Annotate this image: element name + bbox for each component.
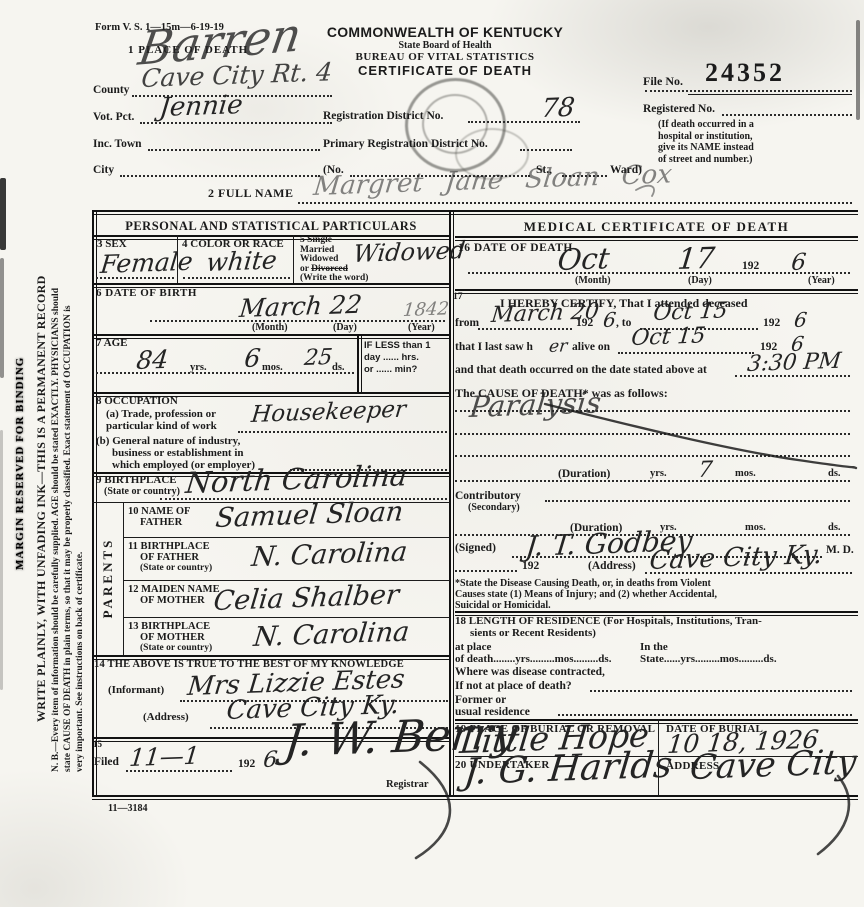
- date-of-birth-year-handwriting: 1842: [402, 298, 450, 321]
- former-label: Former or: [455, 694, 506, 706]
- duration-label: (Duration): [558, 468, 610, 480]
- signed-date-line: [455, 570, 517, 572]
- dob-month-label: (Month): [252, 322, 288, 333]
- marital-option-single: Single: [307, 235, 332, 245]
- full-name-line: [298, 202, 852, 204]
- father-name-label-2: FATHER: [140, 517, 182, 528]
- rule-under-dod: [455, 289, 858, 294]
- in-the-label: In the: [640, 641, 668, 653]
- birthplace-value-handwriting: North Carolina: [184, 458, 409, 500]
- county-value-handwriting: Cave City Rt. 4: [140, 57, 334, 93]
- margin-write-plainly-note: WRITE PLAINLY, WITH UNFADING INK—THIS IS…: [34, 197, 49, 722]
- last-saw-label: that I last saw h: [455, 341, 533, 353]
- filed-year-handwriting: 6: [262, 747, 279, 773]
- hospital-note: (If death occurred in a hospital or inst…: [658, 119, 754, 165]
- certify-to-value-handwriting: Oct 15: [652, 298, 729, 326]
- father-birthplace-label-1: 11 BIRTHPLACE: [128, 541, 210, 552]
- age-label: 7 AGE: [96, 337, 127, 349]
- certify-from-label: from: [455, 317, 479, 329]
- state-duration-line: State......yrs.........mos.........ds.: [640, 653, 777, 665]
- margin-nb-line1: N. B.—Every item of information should b…: [50, 52, 62, 772]
- physician-address-line: [645, 572, 852, 574]
- last-saw-alive-label: alive on: [572, 341, 610, 353]
- marital-option-divorced: Divorced: [311, 264, 348, 274]
- if-less-line1: IF LESS than 1: [364, 340, 431, 352]
- age-days-handwriting: 25: [303, 345, 334, 371]
- cause-footnote: *State the Disease Causing Death, or, in…: [455, 578, 717, 611]
- if-less-line3: or ...... min?: [364, 364, 431, 376]
- parents-divider: [123, 502, 124, 655]
- date-of-birth-label: 6 DATE OF BIRTH: [96, 287, 197, 299]
- primary-registration-line: [520, 149, 572, 151]
- filed-label: Filed: [94, 756, 119, 768]
- contributory-label: Contributory: [455, 490, 521, 502]
- physician-address-label: (Address): [588, 560, 636, 572]
- at-place-label: at place: [455, 641, 491, 653]
- registration-district-value-handwriting: 78: [540, 93, 576, 124]
- signed-year-prefix: 192: [522, 560, 539, 572]
- certify-to-year-handwriting: 6: [793, 307, 808, 332]
- contributory-line: [545, 500, 850, 502]
- certify-to-year-prefix: 192: [763, 317, 780, 329]
- cause-of-death-value-handwriting: Paralysis: [468, 385, 603, 424]
- duration-mos-label: mos.: [735, 468, 756, 479]
- where-contracted-label: Where was disease contracted,: [455, 666, 605, 678]
- undertaker-address-handwriting: Cave City: [688, 742, 858, 788]
- hospital-note-line3: give its NAME instead: [658, 142, 754, 154]
- filed-line: [126, 770, 232, 772]
- margin-binding-note: MARGIN RESERVED FOR BINDING: [14, 325, 26, 570]
- parents-label: PARENTS: [100, 508, 116, 648]
- age-years-handwriting: 84: [135, 345, 170, 375]
- time-of-death-handwriting: 3:30 PM: [746, 349, 842, 377]
- mother-maiden-label-1: 12 MAIDEN NAME: [128, 584, 220, 595]
- full-name-value-handwriting: Margret Jane Sloan Cox: [312, 159, 673, 202]
- scan-artifact: [856, 20, 860, 120]
- physician-address-handwriting: Cave City Ky.: [648, 540, 824, 576]
- occupation-b-line2: business or establishment in: [112, 447, 244, 459]
- filed-date-handwriting: 11—1: [128, 741, 201, 772]
- if-not-label: If not at place of death?: [455, 680, 572, 692]
- commonwealth-title: COMMONWEALTH OF KENTUCKY: [320, 24, 570, 40]
- date-of-birth-value-handwriting: March 22: [238, 290, 363, 323]
- certify-item-number: 17: [453, 292, 463, 302]
- vot-pct-value-handwriting: Jennie: [158, 90, 244, 123]
- rule-bottom: [92, 795, 858, 800]
- duration2-mos-label: mos.: [745, 522, 766, 533]
- inc-town-line: [148, 149, 320, 151]
- primary-registration-label: Primary Registration District No.: [323, 138, 488, 150]
- father-name-label-1: 10 NAME OF: [128, 506, 190, 517]
- informant-address-label: (Address): [143, 711, 189, 723]
- father-name-value-handwriting: Samuel Sloan: [214, 496, 405, 534]
- cause-line-1: [455, 410, 850, 412]
- age-months-handwriting: 6: [243, 343, 262, 373]
- mother-birthplace-value-handwriting: N. Carolina: [252, 616, 411, 653]
- marital-or: or: [300, 264, 309, 274]
- registration-district-label: Registration District No.: [323, 110, 443, 122]
- margin-nb-line2: state CAUSE OF DEATH in plain terms, so …: [62, 52, 74, 772]
- city-line: [120, 175, 320, 177]
- city-label: City: [93, 164, 114, 176]
- inc-town-label: Inc. Town: [93, 138, 142, 150]
- duration-line: [455, 480, 850, 482]
- registrar-signature-handwriting: J. W. Berry: [282, 708, 520, 767]
- death-certificate-scan: MARGIN RESERVED FOR BINDING WRITE PLAINL…: [0, 0, 864, 907]
- usual-residence-line: [558, 714, 852, 716]
- bureau-subtitle: BUREAU OF VITAL STATISTICS: [320, 51, 570, 63]
- if-less-line2: day ...... hrs.: [364, 352, 431, 364]
- occupation-a-line1: (a) Trade, profession or: [106, 408, 216, 420]
- dod-year-prefix: 192: [742, 260, 759, 272]
- duration-ds-label: ds.: [828, 468, 841, 479]
- filed-item-number: 15: [93, 739, 102, 749]
- date-of-birth-line: [150, 320, 445, 322]
- margin-nb-line3: very important. See instructions on back…: [74, 52, 86, 772]
- rule-under-medical-title: [455, 236, 858, 241]
- registrar-label: Registrar: [386, 779, 429, 790]
- scan-artifact: [0, 178, 6, 250]
- date-of-death-line: [468, 272, 850, 274]
- birthplace-state-country: (State or country): [104, 486, 180, 497]
- certificate-title: CERTIFICATE OF DEATH: [320, 63, 570, 78]
- rule-under-dob: [92, 334, 450, 339]
- signed-label: (Signed): [455, 542, 496, 554]
- last-saw-line: [618, 352, 754, 354]
- last-saw-er-handwriting: er: [548, 336, 568, 357]
- mother-birthplace-label-1: 13 BIRTHPLACE: [128, 621, 210, 632]
- certify-to-label: , to: [616, 317, 631, 329]
- mother-maiden-value-handwriting: Celia Shalber: [212, 579, 401, 617]
- filed-year-prefix: 192: [238, 758, 255, 770]
- cause-line-2: [455, 433, 850, 435]
- birthplace-label: 9 BIRTHPLACE: [96, 474, 177, 486]
- if-not-line: [590, 690, 852, 692]
- scan-artifact: [0, 258, 4, 378]
- occupation-value-handwriting: Housekeeper: [250, 396, 407, 428]
- file-no-underline: [688, 94, 852, 95]
- of-death-duration-line: of death........yrs.........mos.........…: [455, 653, 611, 665]
- certify-from-year-prefix: 192: [576, 317, 593, 329]
- dod-year-label: (Year): [808, 275, 835, 286]
- residence-label-2: sients or Recent Residents): [470, 627, 596, 639]
- dod-month-label: (Month): [575, 275, 611, 286]
- occupation-a-line2: particular kind of work: [106, 420, 217, 432]
- age-line: [96, 372, 354, 374]
- dod-day-label: (Day): [688, 275, 712, 286]
- md-label: M. D.: [826, 544, 854, 556]
- vot-pct-label: Vot. Pct.: [93, 111, 134, 123]
- father-birthplace-label-2: OF FATHER: [140, 552, 199, 563]
- if-less-box-border: [357, 334, 362, 392]
- informant-label: (Informant): [108, 684, 164, 696]
- file-no-line: [645, 90, 852, 92]
- margin-nb-note: N. B.—Every item of information should b…: [50, 52, 86, 772]
- color-race-line: [183, 277, 290, 279]
- file-no-label: File No.: [643, 74, 683, 89]
- registered-no-label: Registered No.: [643, 103, 715, 115]
- mother-birthplace-label-3: (State or country): [140, 643, 212, 653]
- file-no-value: 24352: [705, 58, 785, 88]
- cause-footnote-line2: Causes state (1) Means of Injury; and (2…: [455, 589, 717, 600]
- county-label: County: [93, 84, 129, 96]
- sex-value-handwriting: Female: [99, 247, 194, 279]
- form-code: 11—3184: [108, 803, 147, 814]
- dob-year-label: (Year): [408, 322, 435, 333]
- board-subtitle: State Board of Health: [320, 40, 570, 51]
- cause-footnote-line1: *State the Disease Causing Death, or, in…: [455, 578, 717, 589]
- rule-top: [92, 210, 858, 215]
- if-less-box: IF LESS than 1 day ...... hrs. or ......…: [364, 340, 431, 376]
- hospital-note-line1: (If death occurred in a: [658, 119, 754, 131]
- medical-section-title: MEDICAL CERTIFICATE OF DEATH: [455, 219, 858, 235]
- personal-section-title: PERSONAL AND STATISTICAL PARTICULARS: [92, 219, 450, 234]
- hospital-note-line2: hospital or institution,: [658, 131, 754, 143]
- father-birthplace-line: [123, 580, 450, 581]
- mother-birthplace-label-2: OF MOTHER: [140, 632, 205, 643]
- sex-line: [96, 277, 174, 279]
- cause-line-3: [455, 455, 850, 457]
- mother-maiden-label-2: OF MOTHER: [140, 595, 205, 606]
- duration2-ds-label: ds.: [828, 522, 841, 533]
- duration-yrs-label: yrs.: [650, 468, 667, 479]
- dob-day-label: (Day): [333, 322, 357, 333]
- last-saw-value-handwriting: Oct 15: [630, 323, 707, 351]
- marital-num: 5: [300, 235, 305, 245]
- color-race-value-handwriting: white: [205, 245, 278, 277]
- death-occurred-statement: and that death occurred on the date stat…: [455, 364, 707, 376]
- date-of-death-label: 16 DATE OF DEATH: [458, 242, 573, 254]
- color-marital-divider: [293, 235, 294, 283]
- occupation-label: 8 OCCUPATION: [96, 395, 178, 407]
- date-of-death-day-handwriting: 17: [676, 241, 716, 276]
- certify-from-line: [478, 328, 572, 330]
- cause-footnote-line3: Suicidal or Homicidal.: [455, 600, 717, 611]
- registered-no-line: [722, 114, 852, 116]
- scan-artifact: [0, 430, 3, 690]
- secondary-label: (Secondary): [468, 502, 520, 513]
- father-birthplace-label-3: (State or country): [140, 563, 212, 573]
- occupation-a-line: [238, 431, 447, 433]
- marital-value-handwriting: Widowed: [352, 236, 467, 268]
- full-name-label: 2 FULL NAME: [208, 186, 294, 201]
- occupation-b-line1: (b) General nature of industry,: [96, 435, 240, 447]
- residence-label-1: 18 LENGTH OF RESIDENCE (For Hospitals, I…: [455, 615, 762, 627]
- time-of-death-line: [735, 375, 850, 377]
- certify-from-year-handwriting: 6: [602, 307, 617, 332]
- father-birthplace-value-handwriting: N. Carolina: [250, 536, 409, 573]
